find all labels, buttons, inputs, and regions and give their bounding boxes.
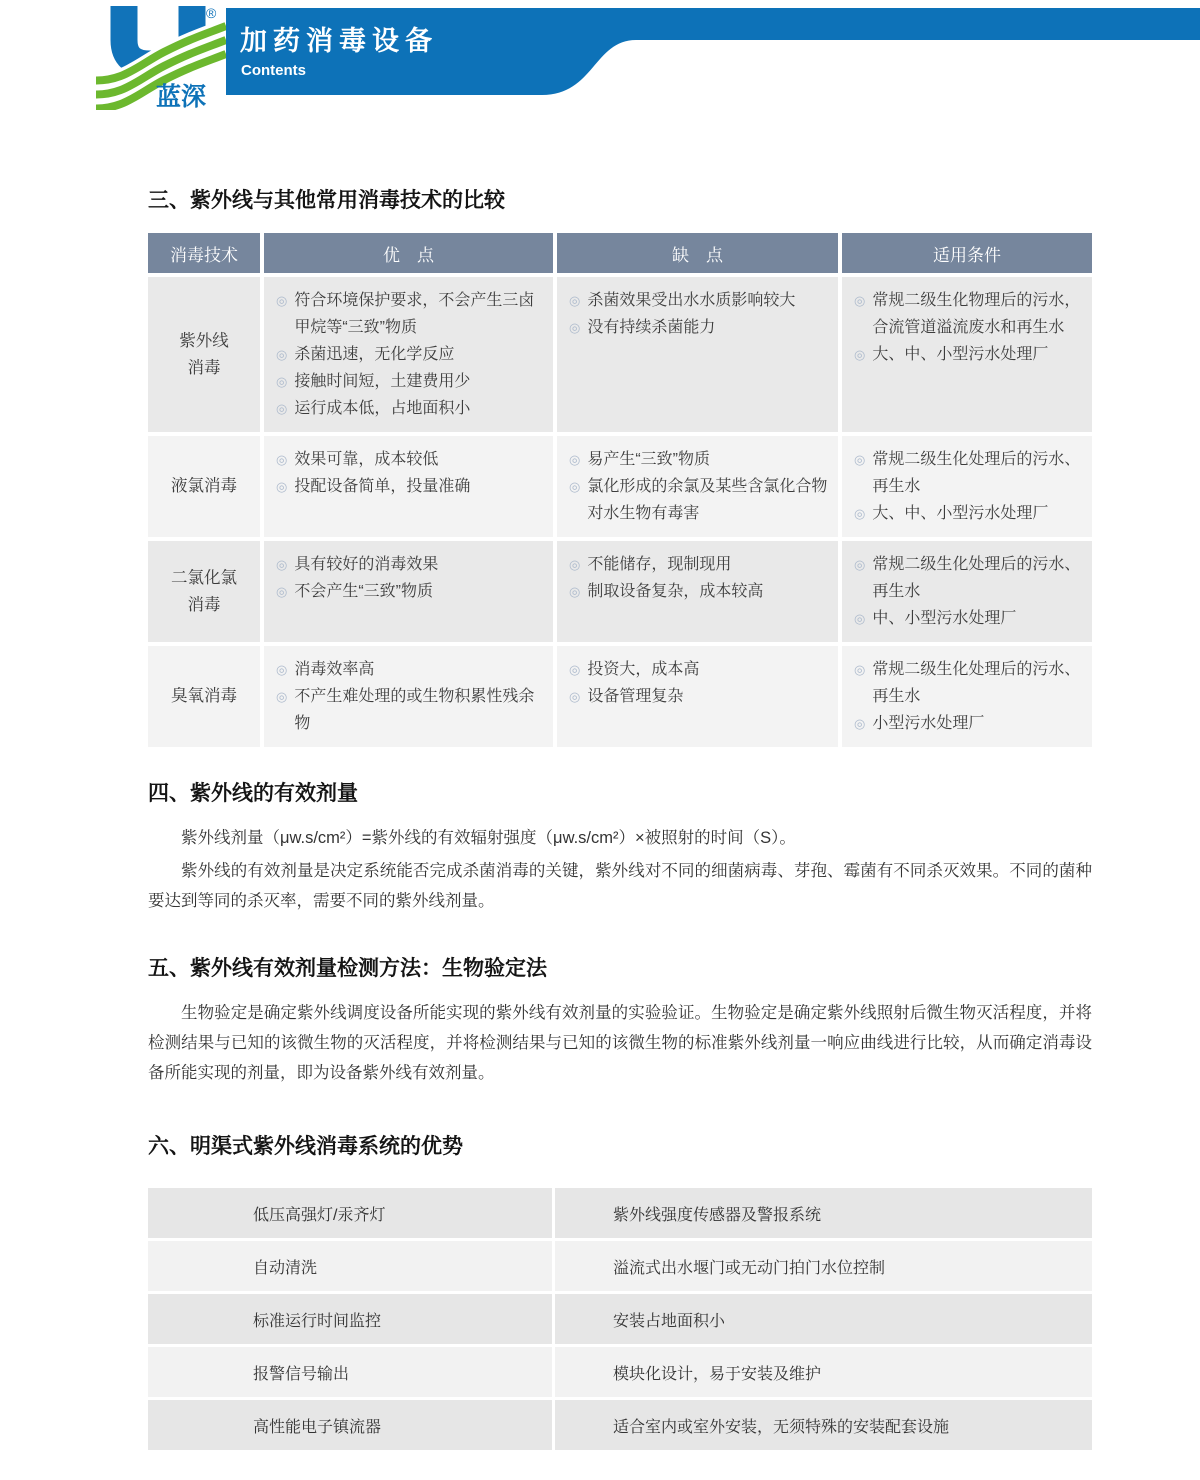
bullet-item: ◎易产生“三致”物质 <box>569 446 830 473</box>
bullet-item: ◎不能储存，现制现用 <box>569 551 830 578</box>
disinfection-comparison-table: 消毒技术 优 点 缺 点 适用条件 紫外线 消毒 ◎符合环境保护要求，不会产生三… <box>148 233 1092 747</box>
tech-line: 液氯消毒 <box>171 473 237 500</box>
bullet-text: 制取设备复杂，成本较高 <box>587 578 830 605</box>
bullet-text: 符合环境保护要求，不会产生三卤甲烷等“三致”物质 <box>294 287 545 341</box>
advantage-right: 紫外线强度传感器及警报系统 <box>555 1188 1092 1238</box>
ring-bullet-icon: ◎ <box>276 368 287 395</box>
bullet-text: 杀菌效果受出水水质影响较大 <box>587 287 830 314</box>
banner-subtitle: Contents <box>241 62 306 79</box>
ring-bullet-icon: ◎ <box>854 551 865 605</box>
bullet-item: ◎杀菌效果受出水水质影响较大 <box>569 287 830 314</box>
bullet-text: 具有较好的消毒效果 <box>294 551 545 578</box>
col-header-pros: 优 点 <box>264 233 553 273</box>
section6-title: 六、明渠式紫外线消毒系统的优势 <box>148 1132 1092 1162</box>
document-body: 三、紫外线与其他常用消毒技术的比较 消毒技术 优 点 缺 点 适用条件 紫外线 … <box>148 186 1092 1450</box>
advantages-table: 低压高强灯/汞齐灯 紫外线强度传感器及警报系统 自动清洗 溢流式出水堰门或无动门… <box>148 1188 1092 1450</box>
bullet-item: ◎杀菌迅速，无化学反应 <box>276 341 545 368</box>
section5-title: 五、紫外线有效剂量检测方法：生物验定法 <box>148 954 1092 984</box>
ring-bullet-icon: ◎ <box>276 446 287 473</box>
bullet-text: 效果可靠，成本较低 <box>294 446 545 473</box>
uv-dose-paragraph: 紫外线的有效剂量是决定系统能否完成杀菌消毒的关键，紫外线对不同的细菌病毒、芽孢、… <box>148 856 1092 916</box>
bullet-text: 投资大，成本高 <box>587 656 830 683</box>
bullet-text: 易产生“三致”物质 <box>587 446 830 473</box>
chlorine-dioxide-pros-cell: ◎具有较好的消毒效果 ◎不会产生“三致”物质 <box>264 541 553 642</box>
tech-line: 臭氧消毒 <box>171 683 237 710</box>
logo-brand-text: 蓝深 <box>156 82 206 110</box>
col-header-conditions: 适用条件 <box>842 233 1092 273</box>
chlorine-cons-cell: ◎易产生“三致”物质 ◎氯化形成的余氯及某些含氯化合物对水生物有毒害 <box>557 436 838 537</box>
row-chlorine-tech-label: 液氯消毒 <box>148 436 260 537</box>
advantage-left: 低压高强灯/汞齐灯 <box>148 1188 552 1238</box>
page-header: ® 蓝深 加药消毒设备 Contents <box>0 0 1200 110</box>
bullet-item: ◎氯化形成的余氯及某些含氯化合物对水生物有毒害 <box>569 473 830 527</box>
ring-bullet-icon: ◎ <box>569 314 580 341</box>
chlorine-pros-cell: ◎效果可靠，成本较低 ◎投配设备简单，投量准确 <box>264 436 553 537</box>
tech-line: 消毒 <box>188 355 221 382</box>
bullet-text: 运行成本低，占地面积小 <box>294 395 545 422</box>
ring-bullet-icon: ◎ <box>276 656 287 683</box>
bullet-item: ◎符合环境保护要求，不会产生三卤甲烷等“三致”物质 <box>276 287 545 341</box>
header-banner: 加药消毒设备 Contents <box>226 6 1200 106</box>
bullet-text: 常规二级生化物理后的污水，合流管道溢流废水和再生水 <box>872 287 1084 341</box>
tech-line: 二氯化氯 <box>171 565 237 592</box>
chlorine-dioxide-cons-cell: ◎不能储存，现制现用 ◎制取设备复杂，成本较高 <box>557 541 838 642</box>
bullet-text: 消毒效率高 <box>294 656 545 683</box>
bullet-text: 不能储存，现制现用 <box>587 551 830 578</box>
ring-bullet-icon: ◎ <box>569 446 580 473</box>
company-logo: ® 蓝深 <box>96 2 230 110</box>
ring-bullet-icon: ◎ <box>276 551 287 578</box>
bullet-text: 中、小型污水处理厂 <box>872 605 1084 632</box>
tech-line: 消毒 <box>188 592 221 619</box>
ring-bullet-icon: ◎ <box>854 500 865 527</box>
bullet-item: ◎大、中、小型污水处理厂 <box>854 341 1084 368</box>
ring-bullet-icon: ◎ <box>569 656 580 683</box>
ring-bullet-icon: ◎ <box>276 473 287 500</box>
bullet-item: ◎效果可靠，成本较低 <box>276 446 545 473</box>
bullet-item: ◎消毒效率高 <box>276 656 545 683</box>
bullet-item: ◎接触时间短，土建费用少 <box>276 368 545 395</box>
ring-bullet-icon: ◎ <box>276 578 287 605</box>
ring-bullet-icon: ◎ <box>854 710 865 737</box>
row-ozone-tech-label: 臭氧消毒 <box>148 646 260 747</box>
bullet-item: ◎设备管理复杂 <box>569 683 830 710</box>
ring-bullet-icon: ◎ <box>569 287 580 314</box>
bullet-text: 常规二级生化处理后的污水、再生水 <box>872 551 1084 605</box>
section3-title: 三、紫外线与其他常用消毒技术的比较 <box>148 186 1092 216</box>
bullet-item: ◎制取设备复杂，成本较高 <box>569 578 830 605</box>
page: ® 蓝深 加药消毒设备 Contents 三、紫外线与其他常用消毒技术的比较 消… <box>0 0 1200 1480</box>
bullet-item: ◎运行成本低，占地面积小 <box>276 395 545 422</box>
bullet-item: ◎常规二级生化处理后的污水、再生水 <box>854 446 1084 500</box>
row-chlorine-dioxide-tech-label: 二氯化氯 消毒 <box>148 541 260 642</box>
bullet-item: ◎常规二级生化处理后的污水、再生水 <box>854 656 1084 710</box>
advantage-right: 适合室内或室外安装，无须特殊的安装配套设施 <box>555 1400 1092 1450</box>
ring-bullet-icon: ◎ <box>569 551 580 578</box>
bullet-item: ◎中、小型污水处理厂 <box>854 605 1084 632</box>
ring-bullet-icon: ◎ <box>854 341 865 368</box>
bullet-item: ◎投配设备简单，投量准确 <box>276 473 545 500</box>
section4-title: 四、紫外线的有效剂量 <box>148 779 1092 809</box>
bullet-item: ◎大、中、小型污水处理厂 <box>854 500 1084 527</box>
bullet-text: 氯化形成的余氯及某些含氯化合物对水生物有毒害 <box>587 473 830 527</box>
bullet-item: ◎具有较好的消毒效果 <box>276 551 545 578</box>
ring-bullet-icon: ◎ <box>854 287 865 341</box>
row-uv-tech-label: 紫外线 消毒 <box>148 277 260 432</box>
bullet-text: 小型污水处理厂 <box>872 710 1084 737</box>
ring-bullet-icon: ◎ <box>569 578 580 605</box>
advantage-right: 安装占地面积小 <box>555 1294 1092 1344</box>
registered-mark-icon: ® <box>206 5 217 21</box>
bullet-text: 设备管理复杂 <box>587 683 830 710</box>
uv-conditions-cell: ◎常规二级生化物理后的污水，合流管道溢流废水和再生水 ◎大、中、小型污水处理厂 <box>842 277 1092 432</box>
ring-bullet-icon: ◎ <box>276 341 287 368</box>
ring-bullet-icon: ◎ <box>854 446 865 500</box>
ring-bullet-icon: ◎ <box>276 683 287 737</box>
uv-cons-cell: ◎杀菌效果受出水水质影响较大 ◎没有持续杀菌能力 <box>557 277 838 432</box>
bioassay-paragraph: 生物验定是确定紫外线调度设备所能实现的紫外线有效剂量的实验验证。生物验定是确定紫… <box>148 998 1092 1088</box>
bullet-text: 大、中、小型污水处理厂 <box>872 341 1084 368</box>
bullet-item: ◎小型污水处理厂 <box>854 710 1084 737</box>
ring-bullet-icon: ◎ <box>569 473 580 527</box>
bullet-item: ◎常规二级生化处理后的污水、再生水 <box>854 551 1084 605</box>
bullet-text: 投配设备简单，投量准确 <box>294 473 545 500</box>
col-header-technology: 消毒技术 <box>148 233 260 273</box>
logo-graphic: ® 蓝深 <box>96 2 230 110</box>
chlorine-conditions-cell: ◎常规二级生化处理后的污水、再生水 ◎大、中、小型污水处理厂 <box>842 436 1092 537</box>
bullet-text: 常规二级生化处理后的污水、再生水 <box>872 656 1084 710</box>
col-header-cons: 缺 点 <box>557 233 838 273</box>
ring-bullet-icon: ◎ <box>854 656 865 710</box>
advantage-left: 报警信号输出 <box>148 1347 552 1397</box>
ozone-conditions-cell: ◎常规二级生化处理后的污水、再生水 ◎小型污水处理厂 <box>842 646 1092 747</box>
ring-bullet-icon: ◎ <box>569 683 580 710</box>
bullet-item: ◎不会产生“三致”物质 <box>276 578 545 605</box>
advantage-left: 高性能电子镇流器 <box>148 1400 552 1450</box>
advantage-left: 标准运行时间监控 <box>148 1294 552 1344</box>
advantage-right: 模块化设计，易于安装及维护 <box>555 1347 1092 1397</box>
bullet-item: ◎常规二级生化物理后的污水，合流管道溢流废水和再生水 <box>854 287 1084 341</box>
ring-bullet-icon: ◎ <box>276 395 287 422</box>
bullet-text: 不会产生“三致”物质 <box>294 578 545 605</box>
banner-title: 加药消毒设备 <box>240 19 438 58</box>
ring-bullet-icon: ◎ <box>854 605 865 632</box>
ozone-pros-cell: ◎消毒效率高 ◎不产生难处理的或生物积累性残余物 <box>264 646 553 747</box>
advantage-right: 溢流式出水堰门或无动门拍门水位控制 <box>555 1241 1092 1291</box>
uv-pros-cell: ◎符合环境保护要求，不会产生三卤甲烷等“三致”物质 ◎杀菌迅速，无化学反应 ◎接… <box>264 277 553 432</box>
tech-line: 紫外线 <box>179 328 229 355</box>
bullet-text: 大、中、小型污水处理厂 <box>872 500 1084 527</box>
bullet-item: ◎没有持续杀菌能力 <box>569 314 830 341</box>
bullet-text: 常规二级生化处理后的污水、再生水 <box>872 446 1084 500</box>
bullet-text: 接触时间短，土建费用少 <box>294 368 545 395</box>
bullet-text: 不产生难处理的或生物积累性残余物 <box>294 683 545 737</box>
uv-dose-formula: 紫外线剂量（μw.s/cm²）=紫外线的有效辐射强度（μw.s/cm²）×被照射… <box>148 823 1092 853</box>
bullet-item: ◎不产生难处理的或生物积累性残余物 <box>276 683 545 737</box>
bullet-item: ◎投资大，成本高 <box>569 656 830 683</box>
advantage-left: 自动清洗 <box>148 1241 552 1291</box>
ring-bullet-icon: ◎ <box>276 287 287 341</box>
bullet-text: 没有持续杀菌能力 <box>587 314 830 341</box>
ozone-cons-cell: ◎投资大，成本高 ◎设备管理复杂 <box>557 646 838 747</box>
bullet-text: 杀菌迅速，无化学反应 <box>294 341 545 368</box>
chlorine-dioxide-conditions-cell: ◎常规二级生化处理后的污水、再生水 ◎中、小型污水处理厂 <box>842 541 1092 642</box>
